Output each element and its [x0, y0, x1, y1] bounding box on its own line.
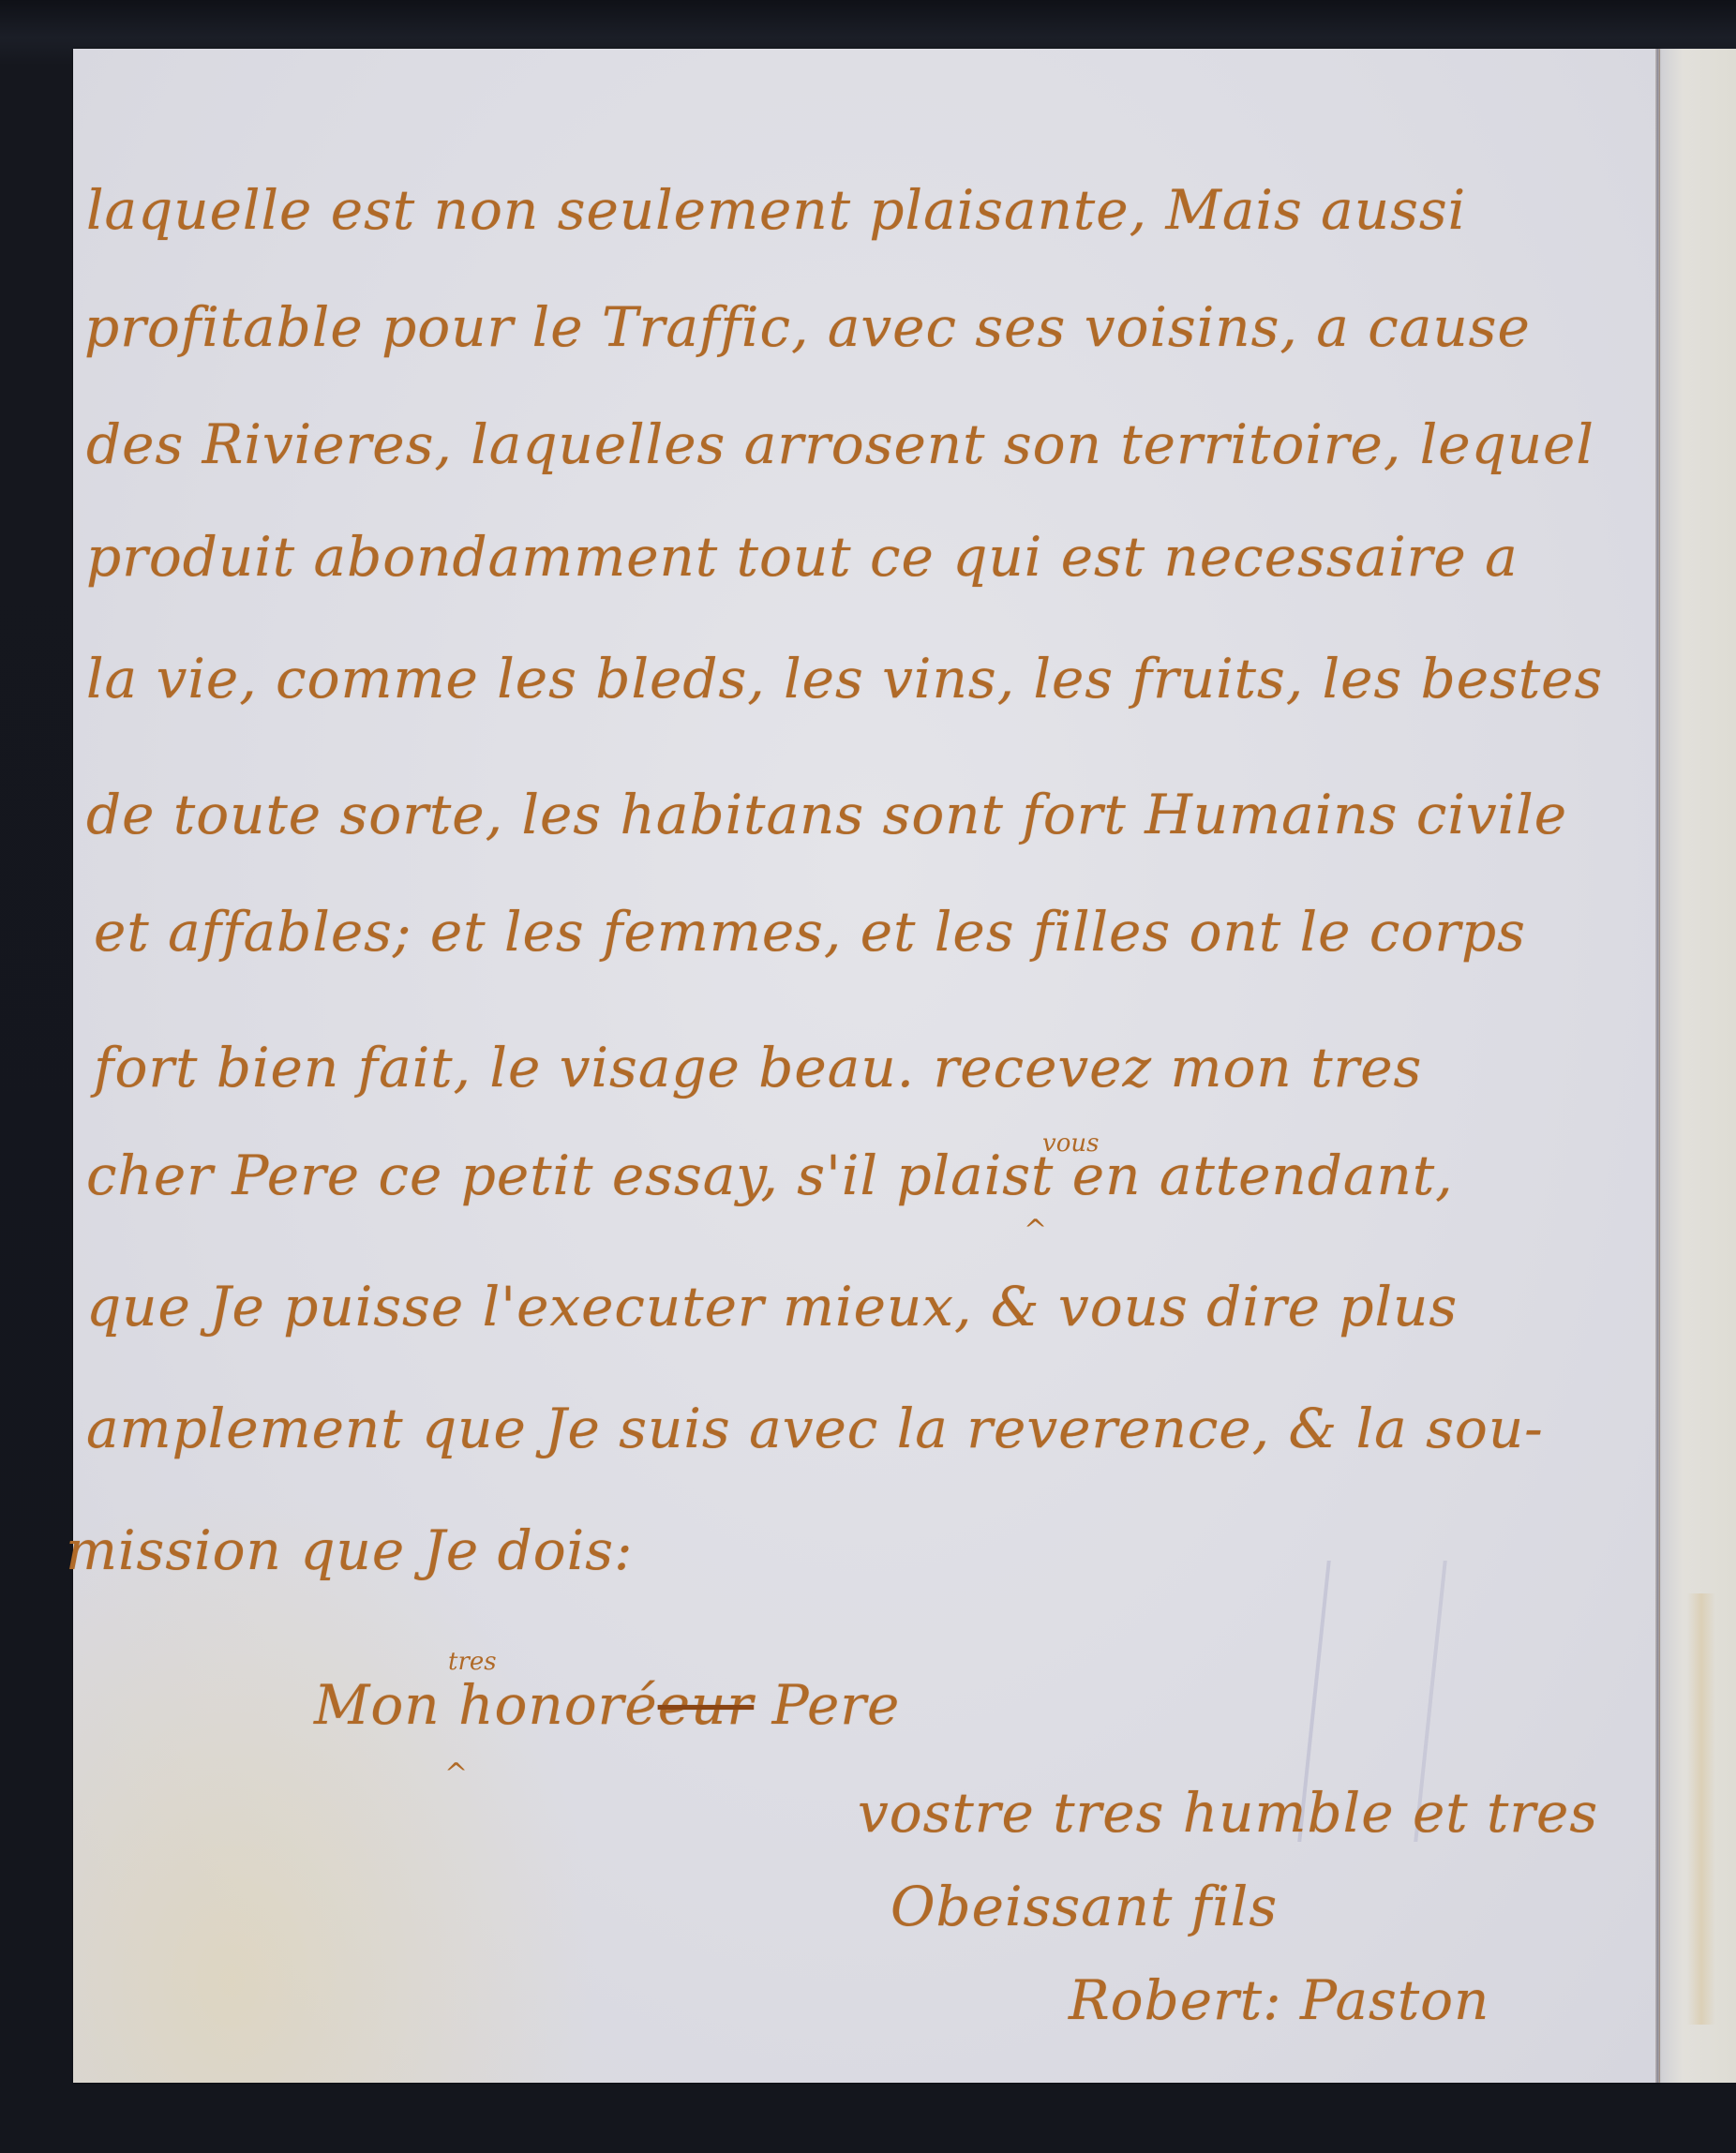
- paper-stain: [1687, 1593, 1715, 2025]
- body-line-6: de toute sorte, les habitans sont fort H…: [86, 787, 1567, 842]
- body-line-9: cher Pere ce petit essay, s'il plaist en…: [86, 1148, 1454, 1203]
- closing-line-2: Obeissant fils: [890, 1879, 1278, 1934]
- body-line-11: amplement que Je suis avec la reverence,…: [86, 1401, 1544, 1456]
- fold-line: [1655, 49, 1660, 2083]
- body-line-5: la vie, comme les bleds, les vins, les f…: [86, 651, 1603, 706]
- salutation-caret: ^: [444, 1757, 468, 1790]
- signature: Robert: Paston: [1069, 1973, 1489, 2027]
- body-line-4: produit abondamment tout ce qui est nece…: [86, 530, 1519, 584]
- salutation-suffix: Pere: [772, 1673, 901, 1737]
- body-line-2: profitable pour le Traffic, avec ses voi…: [84, 300, 1531, 354]
- salutation: Mon honoréeur Pere: [314, 1678, 900, 1732]
- interlinear-insertion: vous: [1042, 1129, 1099, 1158]
- body-line-3: des Rivieres, laquelles arrosent son ter…: [86, 417, 1594, 471]
- struck-text: eur: [658, 1673, 754, 1737]
- body-line-7: et affables; et les femmes, et les fille…: [94, 905, 1526, 959]
- closing-line-1: vostre tres humble et tres: [858, 1786, 1598, 1840]
- salutation-insertion: tres: [448, 1648, 497, 1676]
- insertion-caret: ^: [1024, 1214, 1047, 1247]
- body-line-8: fort bien fait, le visage beau. recevez …: [94, 1040, 1422, 1095]
- salutation-prefix: Mon: [314, 1673, 441, 1737]
- body-line-1: laquelle est non seulement plaisante, Ma…: [86, 183, 1466, 237]
- salutation-word: honoréeur: [458, 1673, 754, 1737]
- body-line-12: mission que Je dois:: [66, 1523, 634, 1577]
- body-line-10: que Je puisse l'executer mieux, & vous d…: [86, 1279, 1458, 1334]
